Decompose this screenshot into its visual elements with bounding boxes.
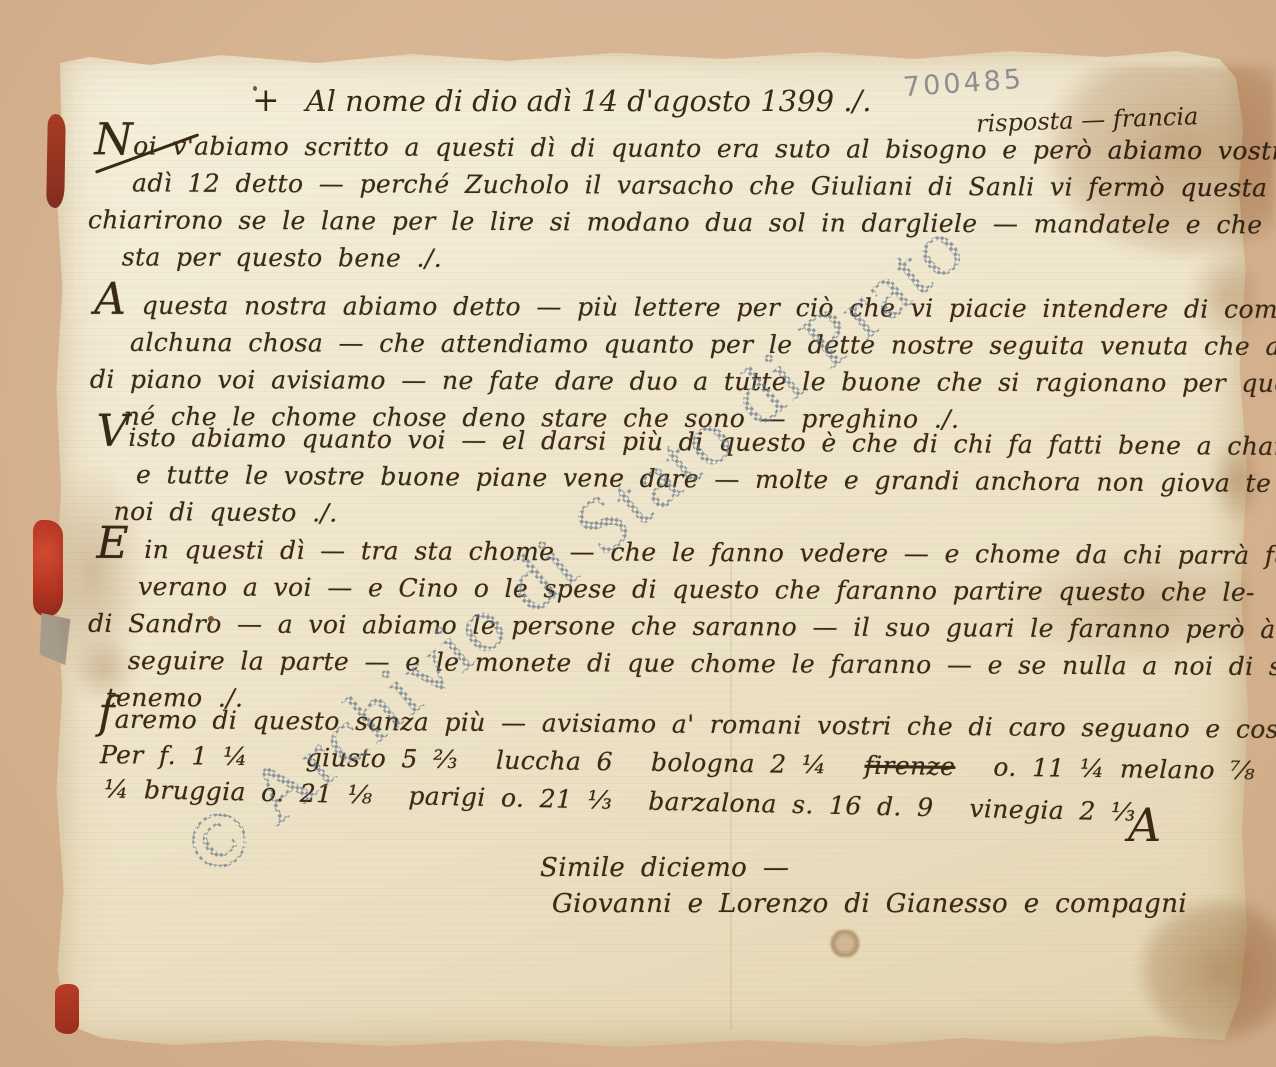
struck-word: firenze (864, 747, 955, 785)
handwritten-line: chiarirono se le lane per le lire si mod… (88, 201, 1276, 244)
paper-speck (208, 616, 214, 622)
wax-seal-remnant-middle (33, 520, 63, 616)
handwritten-line: sta per questo bene ./. (122, 238, 1276, 280)
rate-segment: ¼ bruggia o. 21 ⅛ (104, 770, 373, 813)
handwritten-line: di piano voi avisiamo — ne fate dare duo… (90, 361, 1276, 403)
handwritten-line: adì 12 detto — perché Zucholo il varsach… (132, 164, 1276, 206)
rate-segment: barzalona s. 16 d. 9 (648, 783, 934, 826)
pen-flourish: A (1128, 798, 1161, 852)
rate-segment: parigi o. 21 ⅓ (408, 777, 613, 819)
rate-segment: vinegia 2 ⅓ (969, 790, 1136, 831)
manuscript-scan: +Al nome di dio adì 14 d'agosto 1399 ./.… (0, 0, 1276, 1067)
rate-segment-right: o. 11 ¼ melano ⅞ (993, 749, 1255, 790)
closing-salute: Simile diciemo — (540, 850, 789, 887)
handwritten-line: verano a voi — e Cino o le spese di ques… (138, 568, 1276, 611)
archive-number: 700485 (902, 64, 1025, 103)
wax-seal-remnant-bottom (55, 984, 79, 1034)
handwritten-line: E in questi dì — tra sta chome — che le … (96, 531, 1276, 574)
paragraph-1: Noi v'abiamo scritto a questi dì di quan… (94, 127, 1276, 281)
signature-names: Giovanni e Lorenzo di Gianesso e compagn… (552, 886, 1187, 923)
rate-segment: luccha 6 (496, 742, 614, 781)
handwritten-line: di Sandro — a voi abiamo le persone che … (88, 605, 1276, 648)
paper-speck (253, 86, 257, 91)
paragraph-3: Visto abiamo quanto voi — el darsi più d… (96, 419, 1276, 541)
rate-segment: bologna 2 ¼ (651, 744, 827, 783)
dateline: +Al nome di dio adì 14 d'agosto 1399 ./. (252, 80, 871, 119)
wax-seal-remnant-top (46, 114, 66, 208)
paragraph-4: E in questi dì — tra sta chome — che le … (96, 531, 1276, 722)
handwritten-line: A questa nostra abiamo detto — più lette… (94, 287, 1276, 329)
handwritten-text-layer: +Al nome di dio adì 14 d'agosto 1399 ./.… (0, 0, 1276, 1067)
handwritten-line: seguire la parte — e le monete di que ch… (128, 642, 1276, 685)
handwritten-line: alchuna chosa — che attendiamo quanto pe… (130, 324, 1276, 365)
handwritten-line: Noi v'abiamo scritto a questi dì di quan… (94, 127, 1276, 170)
dateline-text: Al nome di dio adì 14 d'agosto 1399 ./. (306, 84, 872, 118)
rate-segment: giusto 5 ⅔ (306, 739, 459, 778)
paragraph-2: A questa nostra abiamo detto — più lette… (94, 287, 1276, 440)
rate-segment: Per f. 1 ¼ (100, 736, 248, 775)
